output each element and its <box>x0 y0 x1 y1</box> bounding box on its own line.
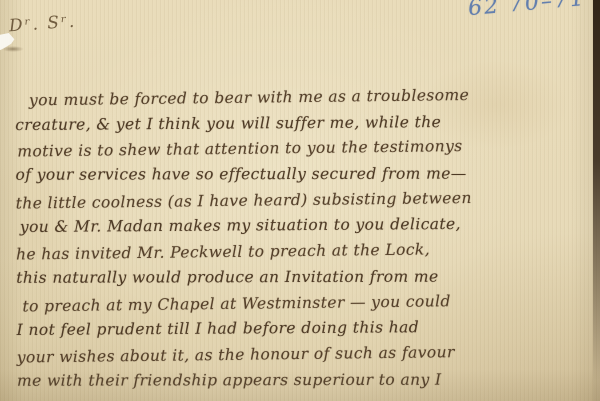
letter-body: you must be forced to bear with me as a … <box>15 86 595 398</box>
letter-page: Dʳ. Sʳ. 62 70–71 you must be forced to b… <box>0 0 600 401</box>
handwritten-line: he has invited Mr. Peckwell to preach at… <box>16 239 594 272</box>
handwritten-line: this naturally would produce an Invitati… <box>16 267 594 294</box>
handwritten-line: of your services have so effectually sec… <box>16 164 594 191</box>
folio-number: 62 70–71 <box>467 0 587 21</box>
paper-tear-shadow <box>2 46 24 52</box>
salutation: Dʳ. Sʳ. <box>8 12 77 37</box>
handwritten-line: me with their friendship appears superio… <box>17 370 595 397</box>
